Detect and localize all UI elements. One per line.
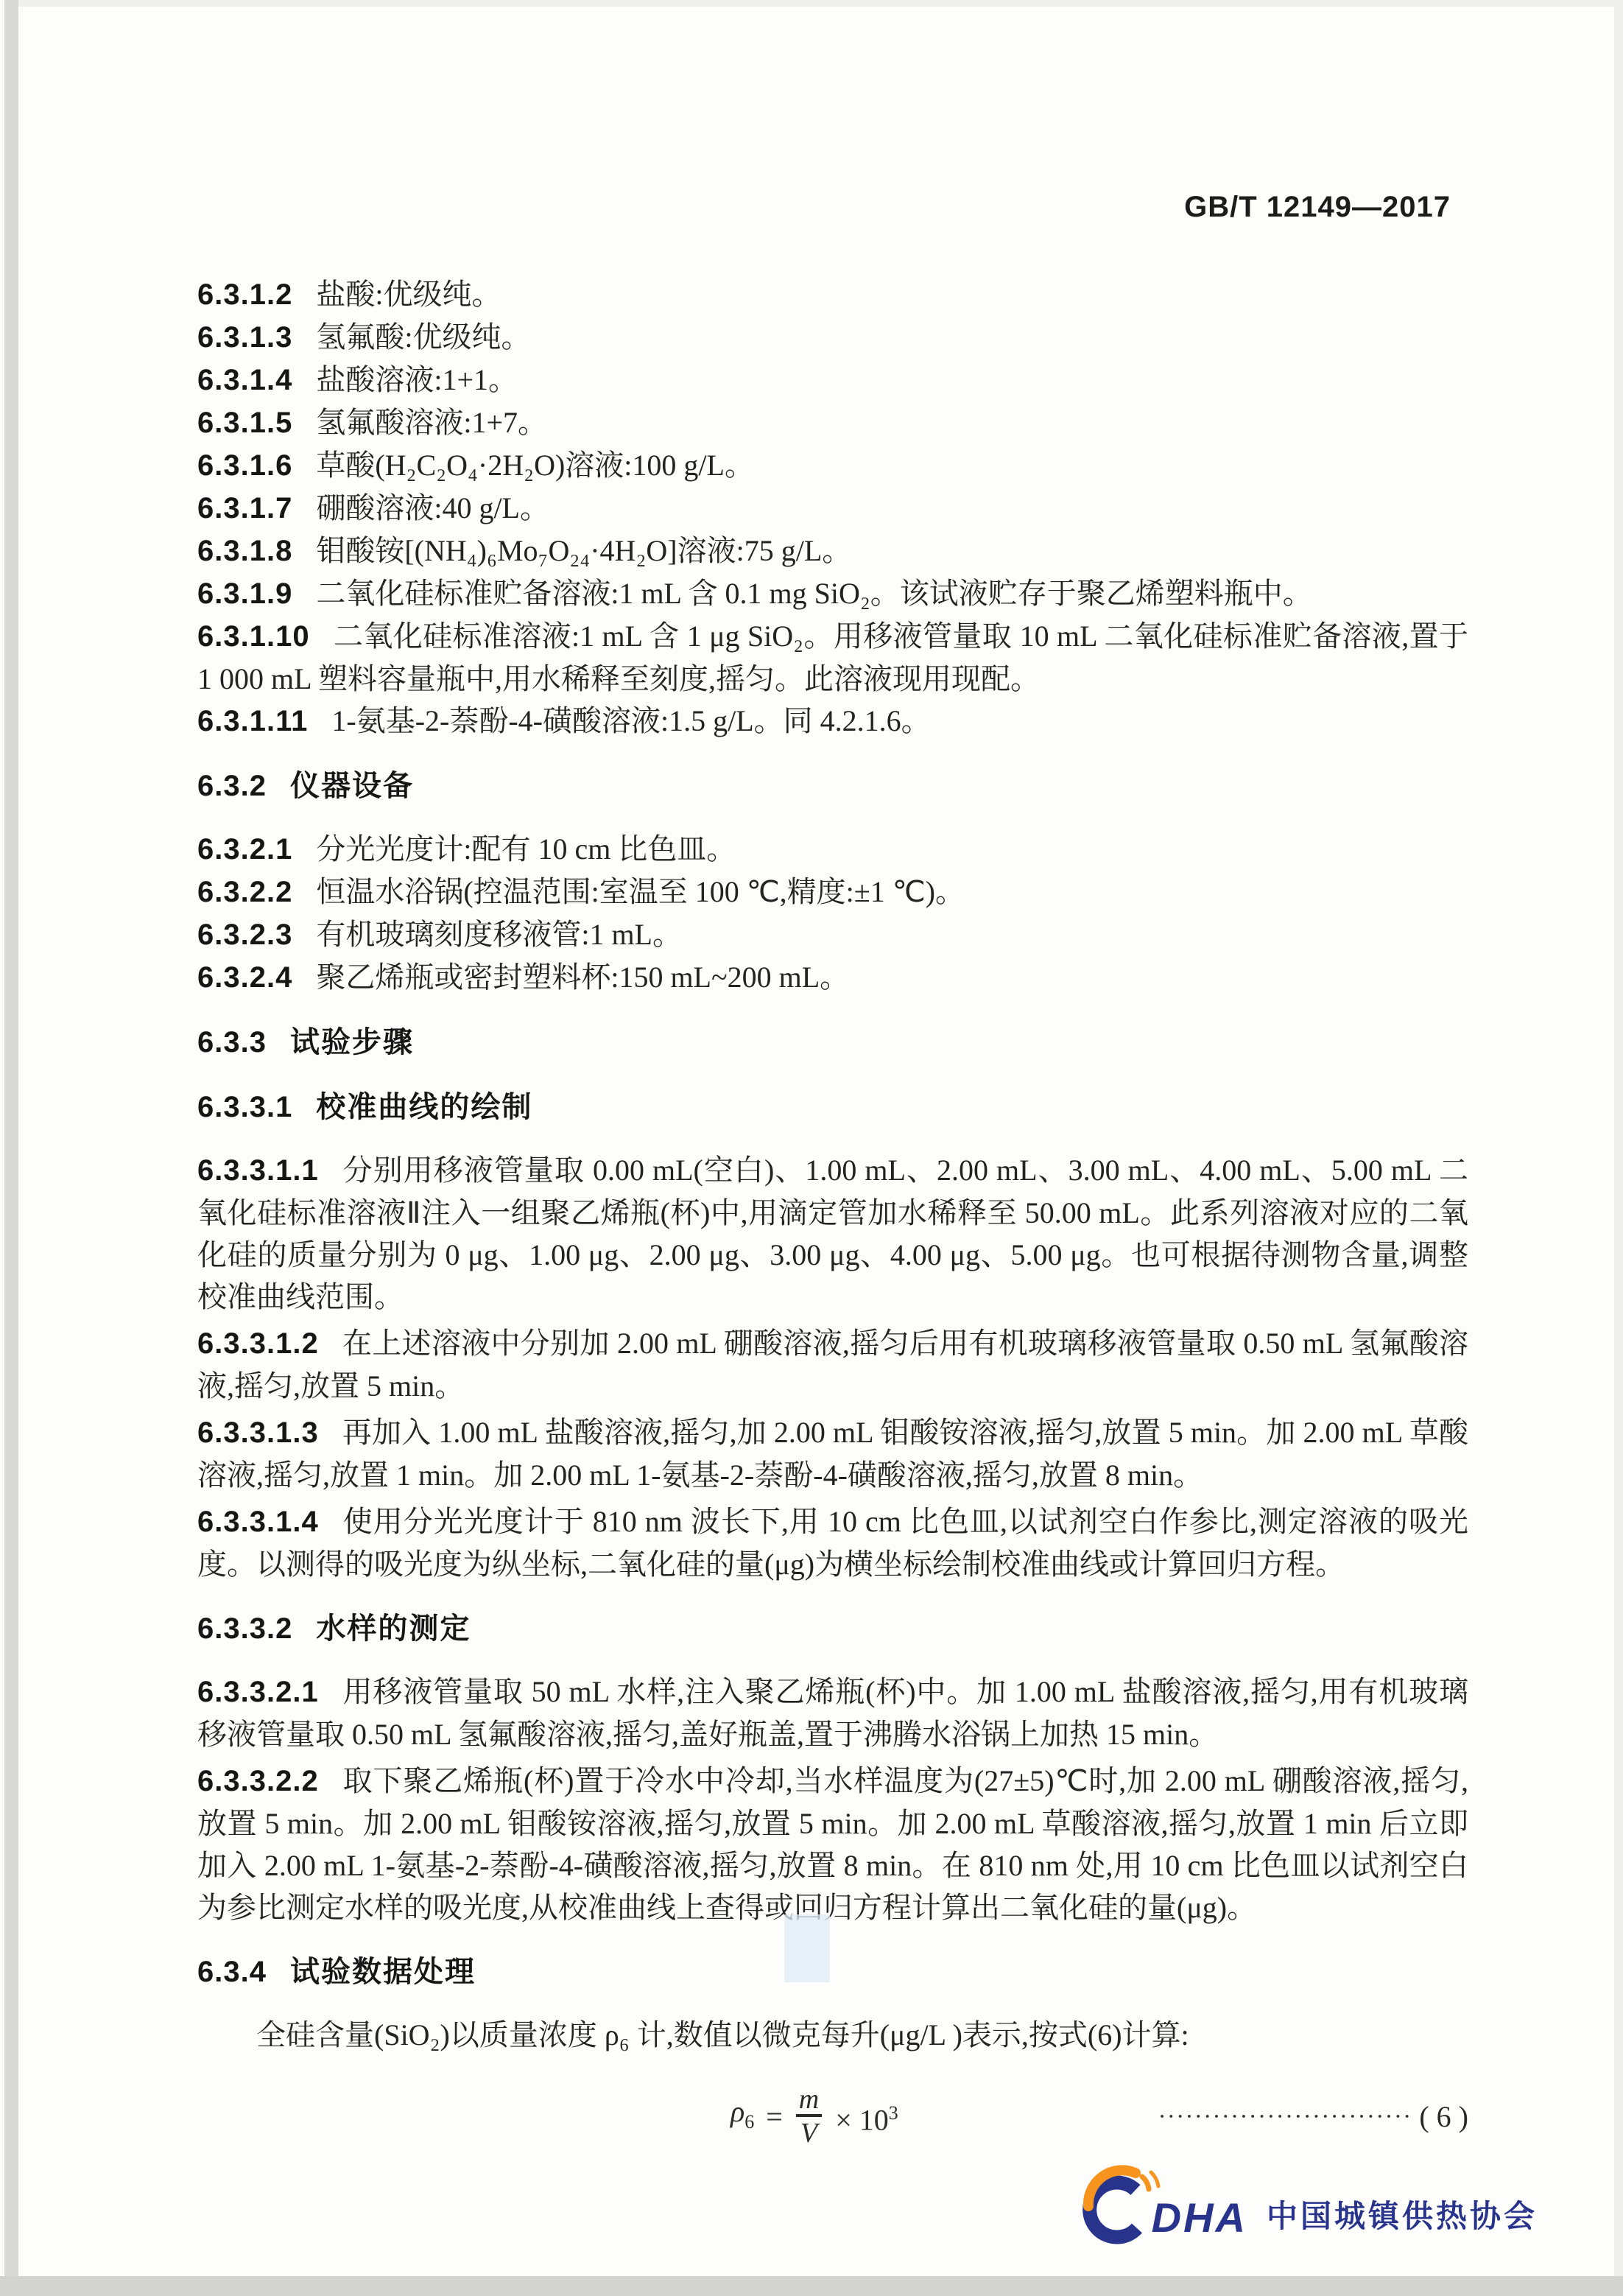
clause-text: 盐酸溶液:1+1。 bbox=[316, 363, 518, 396]
clause-6.3.1.2: 6.3.1.2盐酸:优级纯。 bbox=[197, 273, 1468, 316]
clause-text: 分光光度计:配有 10 cm 比色皿。 bbox=[316, 832, 736, 866]
section-heading-6.3.3.1: 6.3.3.1校准曲线的绘制 bbox=[197, 1086, 1468, 1128]
clause-6.3.1.10: 6.3.1.10二氧化硅标准溶液:1 mL 含 1 μg SiO₂。用移液管量取… bbox=[197, 615, 1468, 700]
clause-6.3.3.1.3: 6.3.3.1.3再加入 1.00 mL 盐酸溶液,摇匀,加 2.00 mL 钼… bbox=[197, 1411, 1468, 1496]
multiplier: × 103 bbox=[835, 2092, 898, 2141]
clause-number: 6.3.3.1.2 bbox=[197, 1327, 319, 1360]
section-heading-6.3.2: 6.3.2仪器设备 bbox=[197, 765, 1468, 807]
clause-text: 恒温水浴锅(控温范围:室温至 100 ℃,精度:±1 ℃)。 bbox=[316, 875, 965, 908]
clause-6.3.2.2: 6.3.2.2恒温水浴锅(控温范围:室温至 100 ℃,精度:±1 ℃)。 bbox=[197, 871, 1468, 913]
scan-shadow-left bbox=[4, 0, 18, 2296]
clause-number: 6.3.1.11 bbox=[197, 705, 308, 737]
clause-text: 硼酸溶液:40 g/L。 bbox=[316, 491, 549, 524]
clause-text: 取下聚乙烯瓶(杯)置于冷水中冷却,当水样温度为(27±5)℃时,加 2.00 m… bbox=[197, 1764, 1468, 1924]
section-title: 试验数据处理 bbox=[290, 1956, 476, 1988]
section-number: 6.3.3.1 bbox=[197, 1091, 292, 1123]
document-page: GB/T 12149—2017 6.3.1.2盐酸:优级纯。 6.3.1.3氢氟… bbox=[18, 7, 1614, 2276]
clause-number: 6.3.1.2 bbox=[197, 278, 292, 311]
clause-text: 草酸(H₂C₂O₄·2H₂O)溶液:100 g/L。 bbox=[316, 449, 754, 482]
section-heading-6.3.3: 6.3.3试验步骤 bbox=[197, 1021, 1468, 1064]
equation-number: ( 6 ) bbox=[1419, 2096, 1468, 2138]
clause-number: 6.3.1.6 bbox=[197, 449, 292, 482]
section-title: 水样的测定 bbox=[316, 1612, 471, 1645]
clause-text: 用移液管量取 50 mL 水样,注入聚乙烯瓶(杯)中。加 1.00 mL 盐酸溶… bbox=[197, 1675, 1468, 1751]
clause-6.3.1.11: 6.3.1.111-氨基-2-萘酚-4-磺酸溶液:1.5 g/L。同 4.2.1… bbox=[197, 700, 1468, 742]
clause-6.3.3.2.1: 6.3.3.2.1用移液管量取 50 mL 水样,注入聚乙烯瓶(杯)中。加 1.… bbox=[197, 1671, 1468, 1755]
section-number: 6.3.3.2 bbox=[197, 1612, 292, 1645]
standard-code: GB/T 12149—2017 bbox=[1184, 191, 1451, 224]
clause-number: 6.3.1.3 bbox=[197, 321, 292, 354]
cdha-logo-mark bbox=[1074, 2163, 1163, 2252]
clause-number: 6.3.1.8 bbox=[197, 535, 292, 567]
scan-edge-bottom bbox=[0, 2276, 1623, 2296]
clause-number: 6.3.1.9 bbox=[197, 577, 292, 610]
equation-6: ρ6 = m V × 103 bbox=[730, 2085, 898, 2148]
clause-6.3.2.3: 6.3.2.3有机玻璃刻度移液管:1 mL。 bbox=[197, 913, 1468, 956]
clause-number: 6.3.1.7 bbox=[197, 492, 292, 524]
logo-org-name: 中国城镇供热协会 bbox=[1267, 2192, 1538, 2236]
logo-orange-flick-2 bbox=[1151, 2172, 1158, 2186]
clause-number: 6.3.2.1 bbox=[197, 833, 292, 866]
clause-6.3.1.7: 6.3.1.7硼酸溶液:40 g/L。 bbox=[197, 487, 1468, 530]
clause-text: 使用分光光度计于 810 nm 波长下,用 10 cm 比色皿,以试剂空白作参比… bbox=[197, 1505, 1468, 1581]
section-number: 6.3.4 bbox=[197, 1956, 267, 1988]
clause-number: 6.3.2.2 bbox=[197, 876, 292, 908]
section-number: 6.3.2 bbox=[197, 770, 267, 802]
clause-text: 聚乙烯瓶或密封塑料杯:150 mL~200 mL。 bbox=[316, 961, 849, 994]
clause-number: 6.3.3.2.2 bbox=[197, 1765, 319, 1797]
clause-6.3.3.1.4: 6.3.3.1.4使用分光光度计于 810 nm 波长下,用 10 cm 比色皿… bbox=[197, 1500, 1468, 1585]
clause-6.3.3.2.2: 6.3.3.2.2取下聚乙烯瓶(杯)置于冷水中冷却,当水样温度为(27±5)℃时… bbox=[197, 1760, 1468, 1928]
dot-leader: ···························· bbox=[1158, 2096, 1412, 2138]
logo-orange-flick-1 bbox=[1142, 2177, 1149, 2189]
clause-text: 1-氨基-2-萘酚-4-磺酸溶液:1.5 g/L。同 4.2.1.6。 bbox=[331, 704, 930, 737]
clause-number: 6.3.2.4 bbox=[197, 961, 292, 994]
cdha-association-logo: DHA 中国城镇供热协会 bbox=[1074, 2163, 1538, 2252]
clause-number: 6.3.3.2.1 bbox=[197, 1676, 319, 1708]
clause-6.3.3.1.1: 6.3.3.1.1分别用移液管量取 0.00 mL(空白)、1.00 mL、2.… bbox=[197, 1149, 1468, 1318]
section-heading-6.3.4: 6.3.4试验数据处理 bbox=[197, 1951, 1468, 1993]
mass-concentration-symbol: ρ6 bbox=[730, 2090, 754, 2143]
document-body: 6.3.1.2盐酸:优级纯。 6.3.1.3氢氟酸:优级纯。 6.3.1.4盐酸… bbox=[197, 273, 1468, 2152]
clause-number: 6.3.3.1.3 bbox=[197, 1416, 319, 1449]
logo-acronym: DHA bbox=[1152, 2194, 1247, 2241]
clause-6.3.2.4: 6.3.2.4聚乙烯瓶或密封塑料杯:150 mL~200 mL。 bbox=[197, 956, 1468, 999]
clause-number: 6.3.3.1.4 bbox=[197, 1506, 319, 1538]
section-title: 仪器设备 bbox=[290, 770, 414, 802]
clause-text: 二氧化硅标准溶液:1 mL 含 1 μg SiO₂。用移液管量取 10 mL 二… bbox=[197, 619, 1468, 695]
clause-6.3.1.6: 6.3.1.6草酸(H₂C₂O₄·2H₂O)溶液:100 g/L。 bbox=[197, 444, 1468, 487]
clause-number: 6.3.1.10 bbox=[197, 620, 310, 653]
clause-text: 钼酸铵[(NH₄)₆Mo₇O₂₄·4H₂O]溶液:75 g/L。 bbox=[316, 534, 851, 567]
scan-highlight-artifact bbox=[784, 1914, 830, 1982]
clause-text: 盐酸:优级纯。 bbox=[316, 278, 501, 311]
equals-sign: = bbox=[766, 2096, 783, 2138]
section-heading-6.3.3.2: 6.3.3.2水样的测定 bbox=[197, 1607, 1468, 1650]
clause-number: 6.3.2.3 bbox=[197, 919, 292, 951]
clause-6.3.1.3: 6.3.1.3氢氟酸:优级纯。 bbox=[197, 316, 1468, 359]
clause-6.3.1.8: 6.3.1.8钼酸铵[(NH₄)₆Mo₇O₂₄·4H₂O]溶液:75 g/L。 bbox=[197, 530, 1468, 572]
clause-text: 二氧化硅标准贮备溶液:1 mL 含 0.1 mg SiO₂。该试液贮存于聚乙烯塑… bbox=[316, 577, 1312, 610]
fraction-numerator: m bbox=[795, 2085, 823, 2114]
clause-6.3.3.1.2: 6.3.3.1.2在上述溶液中分别加 2.00 mL 硼酸溶液,摇匀后用有机玻璃… bbox=[197, 1322, 1468, 1407]
section-title: 试验步骤 bbox=[290, 1026, 414, 1059]
fraction-denominator: V bbox=[796, 2114, 822, 2148]
section-number: 6.3.3 bbox=[197, 1026, 267, 1059]
clause-text: 再加入 1.00 mL 盐酸溶液,摇匀,加 2.00 mL 钼酸铵溶液,摇匀,放… bbox=[197, 1416, 1468, 1492]
clause-text: 分别用移液管量取 0.00 mL(空白)、1.00 mL、2.00 mL、3.0… bbox=[197, 1154, 1468, 1313]
clause-text: 在上述溶液中分别加 2.00 mL 硼酸溶液,摇匀后用有机玻璃移液管量取 0.5… bbox=[197, 1327, 1468, 1402]
clause-number: 6.3.3.1.1 bbox=[197, 1154, 319, 1187]
scanned-standard-page: GB/T 12149—2017 6.3.1.2盐酸:优级纯。 6.3.1.3氢氟… bbox=[0, 0, 1623, 2296]
clause-6.3.2.1: 6.3.2.1分光光度计:配有 10 cm 比色皿。 bbox=[197, 828, 1468, 871]
clause-6.3.1.4: 6.3.1.4盐酸溶液:1+1。 bbox=[197, 359, 1468, 401]
clause-text: 有机玻璃刻度移液管:1 mL。 bbox=[316, 918, 682, 951]
clause-6.3.1.5: 6.3.1.5氢氟酸溶液:1+7。 bbox=[197, 401, 1468, 444]
clause-number: 6.3.1.4 bbox=[197, 364, 292, 396]
section-title: 校准曲线的绘制 bbox=[316, 1091, 532, 1123]
clause-text: 氢氟酸:优级纯。 bbox=[316, 320, 530, 354]
data-processing-paragraph: 全硅含量(SiO₂)以质量浓度 ρ₆ 计,数值以微克每升(μg/L )表示,按式… bbox=[197, 2014, 1468, 2056]
clause-number: 6.3.1.5 bbox=[197, 407, 292, 439]
fraction-m-over-V: m V bbox=[795, 2085, 823, 2148]
equation-6-row: ρ6 = m V × 103 ·························… bbox=[197, 2081, 1468, 2152]
clause-6.3.1.9: 6.3.1.9二氧化硅标准贮备溶液:1 mL 含 0.1 mg SiO₂。该试液… bbox=[197, 572, 1468, 615]
clause-text: 氢氟酸溶液:1+7。 bbox=[316, 406, 547, 439]
